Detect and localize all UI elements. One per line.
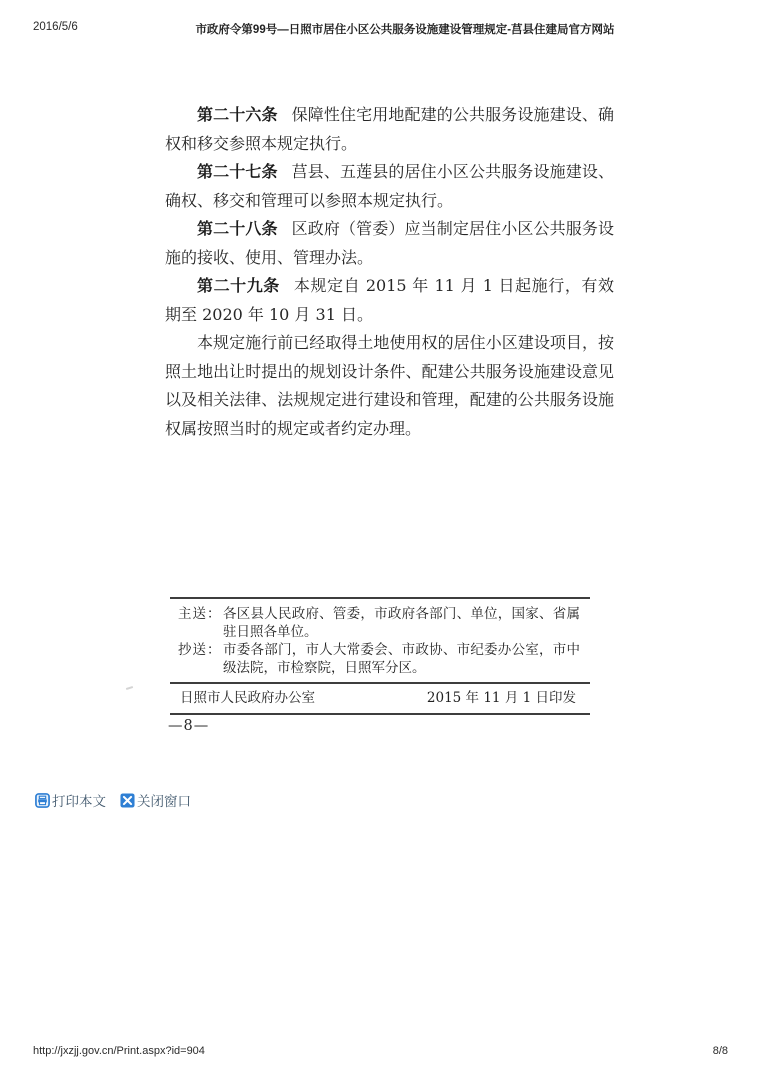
distribution-row-main: 主送： 各区县人民政府、管委，市政府各部门、单位，国家、省属驻日照各单位。 [178, 605, 580, 641]
paragraph-article-26: 第二十六条保障性住宅用地配建的公共服务设施建设、确权和移交参照本规定执行。 [165, 101, 614, 158]
paragraph-transitional-text: 本规定施行前已经取得土地使用权的居住小区建设项目，按照土地出让时提出的规划设计条… [165, 333, 614, 438]
article-28-head: 第二十八条 [197, 219, 278, 238]
distribution-main-text: 各区县人民政府、管委，市政府各部门、单位，国家、省属驻日照各单位。 [223, 605, 580, 641]
close-window-link[interactable]: 关闭窗口 [120, 790, 191, 810]
print-preview-page: 2016/5/6 市政府令第99号—日照市居住小区公共服务设施建设管理规定-莒县… [0, 0, 763, 1080]
scan-artifact [126, 686, 133, 690]
imprint-row: 日照市人民政府办公室 2015 年 11 月 1 日印发 [170, 682, 590, 715]
paragraph-article-27: 第二十七条莒县、五莲县的居住小区公共服务设施建设、确权、移交和管理可以参照本规定… [165, 158, 614, 215]
doc-page-number: —8— [168, 718, 209, 734]
printer-icon [35, 793, 50, 808]
print-footer-url: http://jxzjj.gov.cn/Print.aspx?id=904 [33, 1045, 205, 1057]
distribution-rows: 主送： 各区县人民政府、管委，市政府各部门、单位，国家、省属驻日照各单位。 抄送… [170, 599, 590, 682]
imprint-date: 2015 年 11 月 1 日印发 [427, 689, 576, 708]
article-29-head: 第二十九条 [197, 276, 280, 295]
paragraph-article-29: 第二十九条本规定自 2015 年 11 月 1 日起施行，有效期至 2020 年… [165, 272, 614, 329]
article-27-head: 第二十七条 [197, 162, 278, 181]
close-window-label: 关闭窗口 [137, 790, 191, 810]
distribution-table: 主送： 各区县人民政府、管委，市政府各部门、单位，国家、省属驻日照各单位。 抄送… [170, 597, 590, 715]
page-title: 市政府令第99号—日照市居住小区公共服务设施建设管理规定-莒县住建局官方网站 [195, 21, 614, 37]
distribution-main-label: 主送： [178, 605, 223, 641]
distribution-row-copy: 抄送： 市委各部门，市人大常委会、市政协、市纪委办公室，市中级法院，市检察院，日… [178, 641, 580, 677]
paragraph-article-28: 第二十八条区政府（管委）应当制定居住小区公共服务设施的接收、使用、管理办法。 [165, 215, 614, 272]
print-article-label: 打印本文 [52, 790, 106, 810]
print-footer-page-indicator: 8/8 [713, 1045, 728, 1057]
document-body: 第二十六条保障性住宅用地配建的公共服务设施建设、确权和移交参照本规定执行。 第二… [165, 101, 614, 443]
paragraph-transitional: 本规定施行前已经取得土地使用权的居住小区建设项目，按照土地出让时提出的规划设计条… [165, 329, 614, 443]
distribution-copy-label: 抄送： [178, 641, 223, 677]
issuer-office: 日照市人民政府办公室 [180, 689, 315, 708]
print-article-link[interactable]: 打印本文 [35, 790, 106, 810]
close-icon [120, 793, 135, 808]
print-header-date: 2016/5/6 [33, 21, 78, 33]
action-links: 打印本文 关闭窗口 [35, 790, 191, 810]
article-26-head: 第二十六条 [197, 105, 278, 124]
distribution-copy-text: 市委各部门，市人大常委会、市政协、市纪委办公室，市中级法院，市检察院，日照军分区… [223, 641, 580, 677]
